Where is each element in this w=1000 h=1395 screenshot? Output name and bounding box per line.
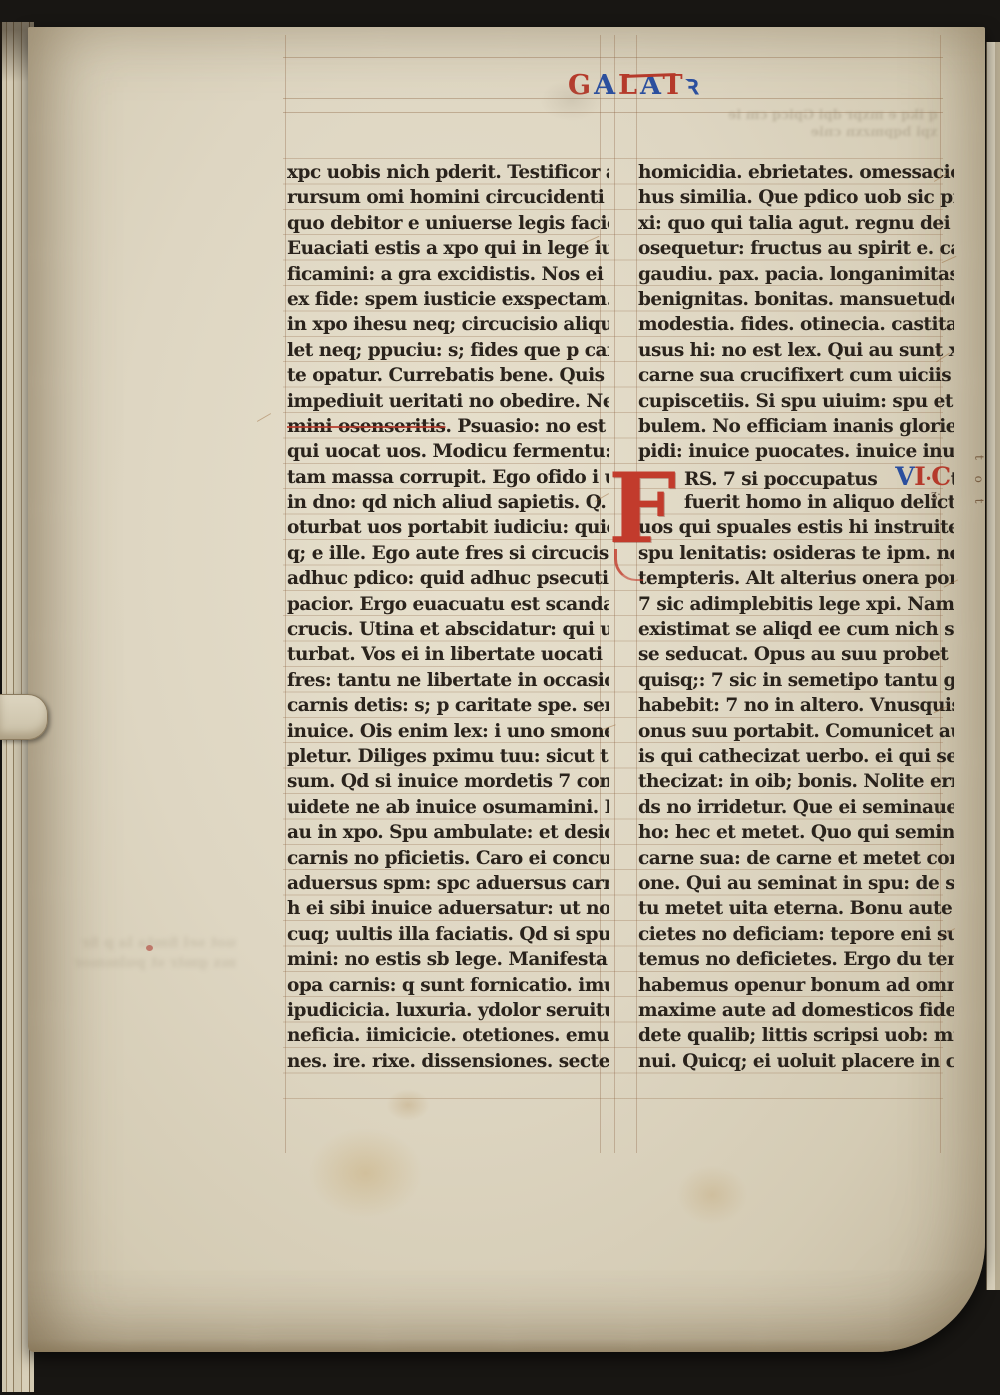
text-line: hus similia. Que pdico uob sic predi bbox=[638, 185, 954, 210]
text-line: xpc uobis nich pderit. Testificor aut bbox=[287, 160, 609, 185]
stain bbox=[386, 1089, 430, 1121]
text-line: impediuit ueritati no obedire. Ne bbox=[287, 389, 609, 414]
text-line: benignitas. bonitas. mansuetudo. bbox=[638, 287, 954, 312]
text-column-left: xpc uobis nich pderit. Testificor autrur… bbox=[287, 160, 609, 1074]
text-line: bulem. No efficiam inanis glorie cu bbox=[638, 414, 954, 439]
text-line: maxime aute ad domesticos fidei. Vi bbox=[638, 998, 954, 1023]
text-line: ho: hec et metet. Quo qui seminat in bbox=[638, 820, 954, 845]
text-line: pidi: inuice puocates. inuice inuide bbox=[638, 439, 954, 464]
text-line: RS. 7 si poccupatusVI·Ctes. bbox=[638, 465, 954, 490]
text-column-right: homicidia. ebrietates. omessaciones. 7hu… bbox=[638, 160, 954, 1074]
text-line: pletur. Diliges pximu tuu: sicut te ip bbox=[287, 744, 609, 769]
text-line: fuerit homo in aliquo delicto: bbox=[638, 490, 954, 515]
text-line: q; e ille. Ego aute fres si circucisione bbox=[287, 541, 609, 566]
header-rule-top bbox=[283, 57, 943, 58]
text-line: sum. Qd si inuice mordetis 7 comeditis: bbox=[287, 769, 609, 794]
chapter-initial: F bbox=[608, 463, 680, 573]
text-line: temus no deficietes. Ergo du tempus bbox=[638, 947, 954, 972]
hairline-flourish bbox=[257, 413, 271, 422]
text-line: thecizat: in oib; bonis. Nolite errare: bbox=[638, 769, 954, 794]
text-line: au in xpo. Spu ambulate: et desideria bbox=[287, 820, 609, 845]
text-line: carnis detis: s; p caritate spe. seruite bbox=[287, 693, 609, 718]
text-line: habemus openur bonum ad omnes: bbox=[638, 973, 954, 998]
text-line: in dno: qd nich aliud sapietis. Q. au bbox=[287, 490, 609, 515]
text-line: uos qui spuales estis hi instruite in bbox=[638, 515, 954, 540]
text-line: qui uocat uos. Modicu fermentu: to bbox=[287, 439, 609, 464]
text-line: ex fide: spem iusticie exspectam. Nam bbox=[287, 287, 609, 312]
margin-small-mark: ʒ· bbox=[931, 488, 941, 501]
ghost-line: mx gmtr st pulmmor bbox=[74, 953, 236, 973]
text-line: ficamini: a gra excidistis. Nos ei spu bbox=[287, 262, 609, 287]
text-line: aduersus spm: spc aduersus carnem. bbox=[287, 871, 609, 896]
column-rule-gutter-3 bbox=[636, 35, 637, 1153]
text-line: cietes no deficiam: tepore eni suo me bbox=[638, 922, 954, 947]
text-line: carnis no pficietis. Caro ei concupiscit bbox=[287, 846, 609, 871]
ghost-line: xpi bqpmzxn cnie bbox=[728, 124, 938, 141]
text-line: neficia. iimicicie. otetiones. emulatio bbox=[287, 1023, 609, 1048]
text-line: in xpo ihesu neq; circucisio aliquid ua bbox=[287, 312, 609, 337]
stain bbox=[540, 79, 604, 121]
column-rule-gutter-2 bbox=[614, 35, 615, 1153]
margin-note: t o t bbox=[972, 455, 985, 510]
text-line: dete qualib; littis scripsi uob: mia ma bbox=[638, 1023, 954, 1048]
ghost-text-top-right: q ikq e mxpr dpi Gpicq cm iexpi bqpmzxn … bbox=[728, 107, 938, 141]
text-line: existimat se aliqd ee cum nich sit: ipe bbox=[638, 617, 954, 642]
text-line: osequetur: fructus au spirit e. caritas. bbox=[638, 236, 954, 261]
text-line: te opatur. Currebatis bene. Quis uos bbox=[287, 363, 609, 388]
text-line: is qui cathecizat uerbo. ei qui se ca bbox=[638, 744, 954, 769]
text-line: let neq; ppuciu: s; fides que p carita bbox=[287, 338, 609, 363]
text-line: mini: no estis sb lege. Manifesta st au bbox=[287, 947, 609, 972]
text-line: ds no irridetur. Que ei seminauerit bbox=[638, 795, 954, 820]
text-line: crucis. Utina et abscidatur: qui uos o bbox=[287, 617, 609, 642]
text-line: oturbat uos portabit iudiciu: quic bbox=[287, 515, 609, 540]
fore-edge bbox=[986, 42, 1000, 1290]
text-line: homicidia. ebrietates. omessaciones. 7 bbox=[638, 160, 954, 185]
text-line: onus suu portabit. Comunicet aut bbox=[638, 719, 954, 744]
text-line: turbat. Vos ei in libertate uocati estis bbox=[287, 642, 609, 667]
text-line: se seducat. Opus au suu probet unu bbox=[638, 642, 954, 667]
text-line: tempteris. Alt alterius onera portate: bbox=[638, 566, 954, 591]
page-bottom-edge bbox=[28, 1339, 985, 1352]
ghost-line: uot sel fimta la p fir bbox=[74, 933, 236, 953]
text-line: Euaciati estis a xpo qui in lege iusti bbox=[287, 236, 609, 261]
text-line: opa carnis: q sunt fornicatio. imudicia. bbox=[287, 973, 609, 998]
text-line: cuq; uultis illa faciatis. Qd si spu duc… bbox=[287, 922, 609, 947]
title-flourish: ꝛ bbox=[686, 70, 702, 101]
text-line: uidete ne ab inuice osumamini. Dico bbox=[287, 795, 609, 820]
stain bbox=[308, 1127, 423, 1219]
stain bbox=[676, 1165, 748, 1225]
text-line: h ei sibi inuice aduersatur: ut no que bbox=[287, 896, 609, 921]
text-line: spu lenitatis: osideras te ipm. ne 7 tu bbox=[638, 541, 954, 566]
text-line: adhuc pdico: quid adhuc psecutioe bbox=[287, 566, 609, 591]
text-line: rursum omi homini circucidenti se: bbox=[287, 185, 609, 210]
text-line: quisq;: 7 sic in semetipo tantu glam bbox=[638, 668, 954, 693]
text-line: usus hi: no est lex. Qui au sunt xpi: bbox=[638, 338, 954, 363]
text-line: pacior. Ergo euacuatu est scandalu bbox=[287, 592, 609, 617]
text-line: one. Qui au seminat in spu: de spiri bbox=[638, 871, 954, 896]
text-line: fres: tantu ne libertate in occasione bbox=[287, 668, 609, 693]
red-fleck bbox=[146, 945, 153, 951]
text-line: modestia. fides. otinecia. castitas. Ad bbox=[638, 312, 954, 337]
text-line: nui. Quicq; ei uoluit placere in car bbox=[638, 1049, 954, 1074]
text-line: tu metet uita eterna. Bonu aute fa bbox=[638, 896, 954, 921]
column-rule-left bbox=[285, 35, 286, 1153]
ghost-line: q ikq e mxpr dpi Gpicq cm ie bbox=[728, 107, 938, 124]
text-line: mini osenseritis. Psuasio: no est ex eo bbox=[287, 414, 609, 439]
text-line: ipudicicia. luxuria. ydolor seruitus. ve bbox=[287, 998, 609, 1023]
text-line: inuice. Ois enim lex: i uno smone im bbox=[287, 719, 609, 744]
bookmark-tab bbox=[0, 694, 48, 740]
text-line: gaudiu. pax. pacia. longanimitas. bbox=[638, 262, 954, 287]
text-line: cupiscetiis. Si spu uiuim: spu et am bbox=[638, 389, 954, 414]
text-line: nes. ire. rixe. dissensiones. secte. iui… bbox=[287, 1049, 609, 1074]
manuscript-page: GALATꝛ q ikq e mxpr dpi Gpicq cm iexpi b… bbox=[28, 27, 985, 1352]
text-line: tam massa corrupit. Ego ofido i uob bbox=[287, 465, 609, 490]
text-line: xi: quo qui talia agut. regnu dei non bbox=[638, 211, 954, 236]
text-line: quo debitor e uniuerse legis faciende. bbox=[287, 211, 609, 236]
text-line: carne sua crucifixert cum uiciis 7 co bbox=[638, 363, 954, 388]
text-line: habebit: 7 no in altero. Vnusquisq; ei bbox=[638, 693, 954, 718]
text-line: 7 sic adimplebitis lege xpi. Nam siqs bbox=[638, 592, 954, 617]
text-line: carne sua: de carne et metet corrupci bbox=[638, 846, 954, 871]
ghost-text-left: uot sel fimta la p firmx gmtr st pulmmor bbox=[74, 933, 236, 973]
